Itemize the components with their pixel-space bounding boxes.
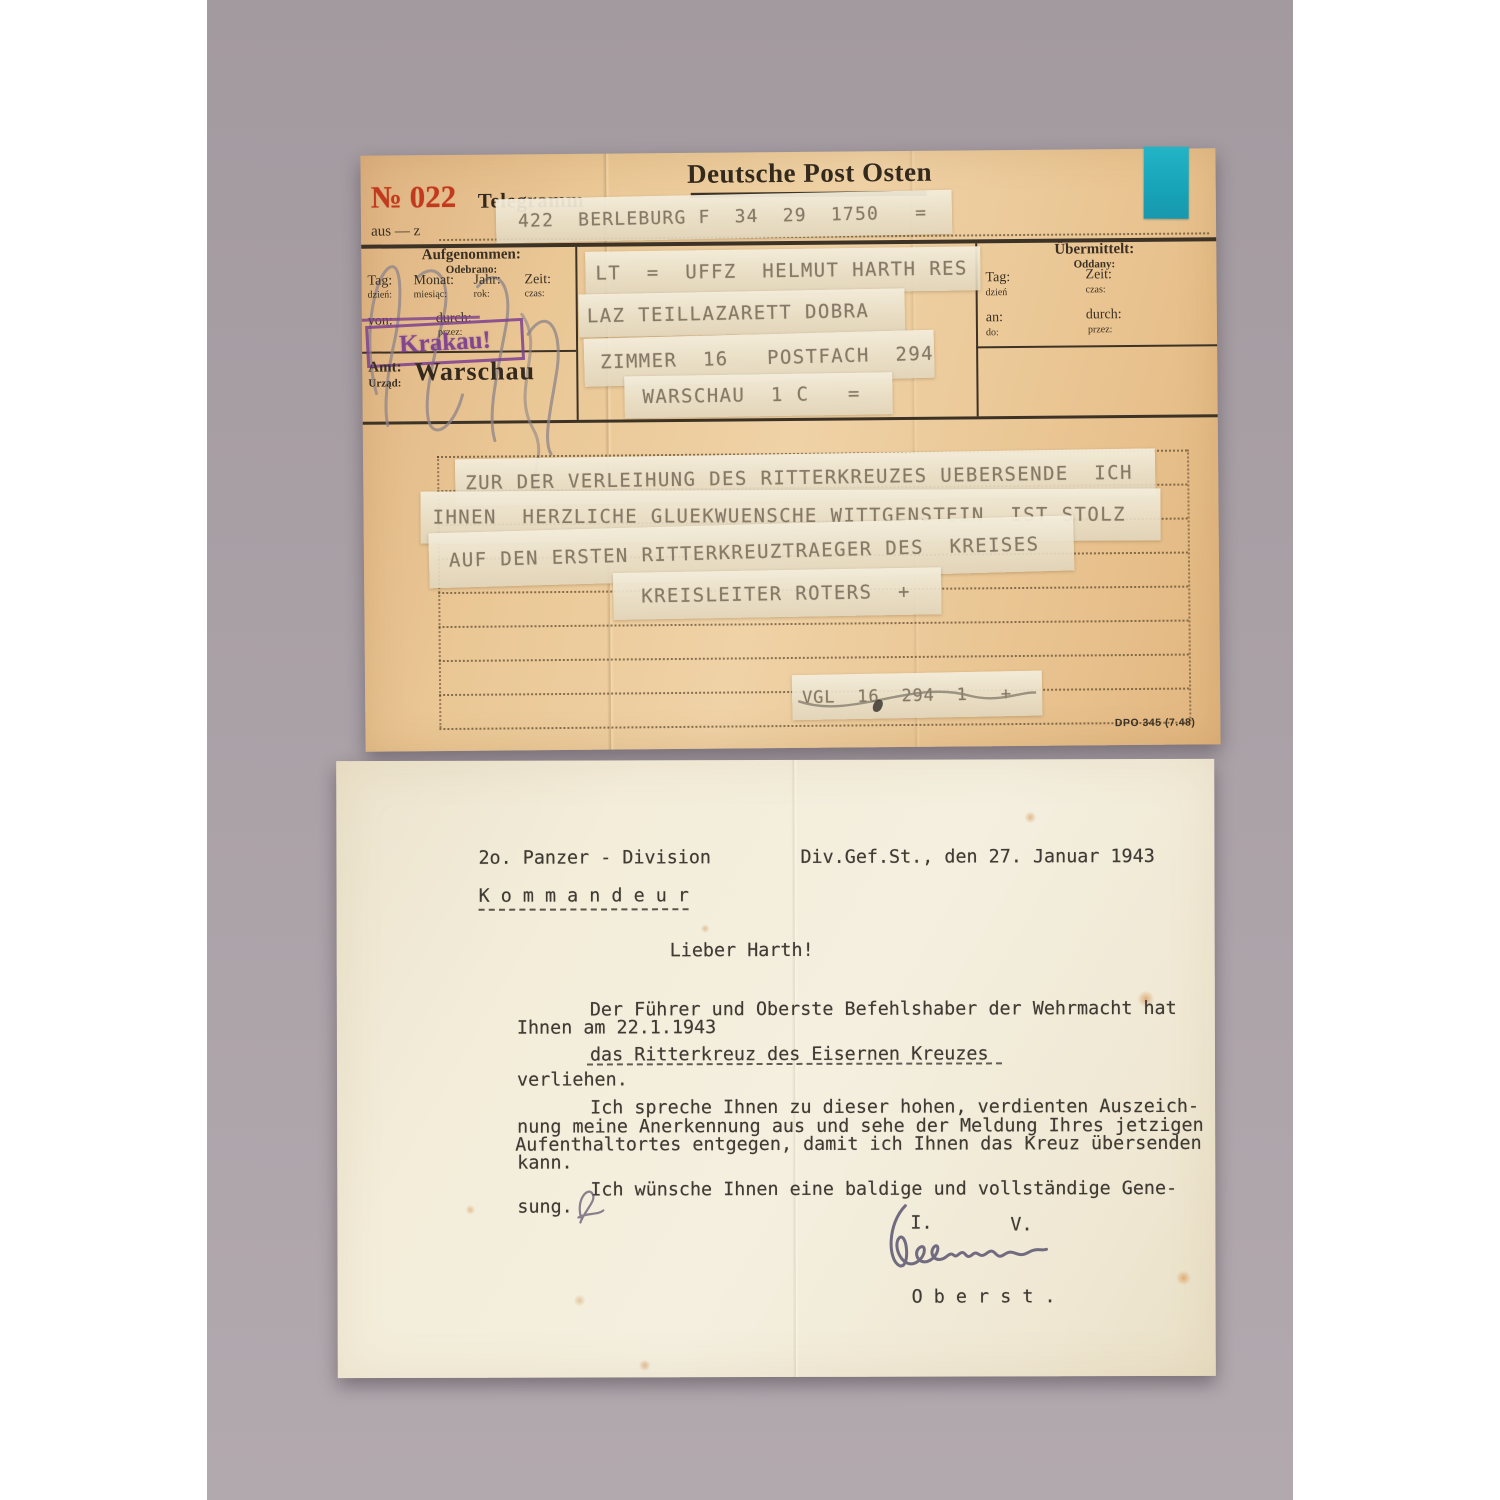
foxing-spot (638, 1360, 652, 1370)
message-tape-strip: KREISLEITER ROTERS + (613, 567, 942, 620)
aus-label: aus — z (371, 223, 420, 240)
telegram-number: № 022 (371, 179, 457, 216)
foxing-spot (465, 1205, 475, 1215)
letter-award-line: das Ritterkreuz des Eisernen Kreuzes (590, 1044, 989, 1064)
foxing-spot (1024, 811, 1036, 823)
address-tape-strip: LT = UFFZ HELMUT HARTH RES (585, 246, 981, 296)
miesiac-label: miesiąc: (414, 289, 447, 300)
right-col-rule (976, 344, 1217, 348)
czas-label: czas: (525, 288, 545, 299)
rok-label: rok: (474, 289, 490, 300)
address-tape-strip: LAZ TEILLAZARETT DOBRA (578, 288, 905, 337)
zeit-label: Zeit: (524, 272, 551, 288)
telegram-header: Deutsche Post Osten (683, 157, 935, 190)
message-ruled-line (439, 620, 1189, 629)
czas2-label: czas: (1086, 284, 1106, 295)
do-label: do: (986, 327, 999, 338)
jahr-label: Jahr: (473, 273, 500, 289)
aufgenommen-label: Aufgenommen: (401, 246, 541, 264)
letter-document: 2o. Panzer - Division Div.Gef.St., den 2… (336, 759, 1216, 1378)
letter-rank-line: O b e r s t . (912, 1287, 1056, 1306)
telegram-document: Deutsche Post Osten № 022 Telegramm aus … (360, 148, 1220, 751)
uebermittelt-label: Übermittelt: (1024, 241, 1164, 259)
letter-unit: 2o. Panzer - Division (478, 848, 711, 868)
address-line: LAZ TEILLAZARETT DOBRA (587, 299, 870, 326)
pencil-curve (792, 671, 1043, 721)
reference-tape-strip: VGL 16 294 1 + (792, 671, 1043, 721)
monat-label: Monat: (413, 273, 454, 289)
address-tape-strip: WARSCHAU 1 C = (624, 372, 893, 418)
address-line: ZIMMER 16 POSTFACH 294 (600, 343, 934, 374)
letter-commander-title: K o m m a n d e u r (479, 886, 689, 911)
tag2-label: Tag: (985, 270, 1010, 286)
dzien-label: dzień: (368, 289, 393, 300)
form-code: DPO 345 (7.48) (1065, 716, 1195, 729)
urzad-label: Urząd: (368, 377, 401, 389)
durch2-label: durch: (1086, 307, 1122, 323)
letter-salutation: Lieber Harth! (670, 941, 814, 960)
letter-body-line: verliehen. (517, 1070, 628, 1089)
foxing-spot (701, 924, 710, 933)
letter-body-line: Ihnen am 22.1.1943 (517, 1018, 716, 1038)
photo-of-documents: Deutsche Post Osten № 022 Telegramm aus … (0, 0, 1500, 1500)
letter-dateline: Div.Gef.St., den 27. Januar 1943 (800, 847, 1154, 867)
letter-body-line: sung. (517, 1198, 572, 1217)
letter-body-line: Aufenthaltortes entgegen, damit ich Ihne… (515, 1134, 1202, 1155)
message-ruled-line (439, 654, 1189, 663)
amt-value: Warschau (414, 356, 535, 387)
message-line: AUF DEN ERSTEN RITTERKREUZTRAEGER DES KR… (449, 533, 1040, 571)
signature (865, 1197, 1065, 1298)
an-label: an: (986, 310, 1003, 326)
letter-fold-crease (791, 760, 799, 1377)
zeit2-label: Zeit: (1085, 267, 1112, 283)
message-line: KREISLEITER ROTERS + (641, 580, 911, 607)
przez2-label: przez: (1088, 324, 1113, 335)
foxing-spot (1176, 1271, 1192, 1285)
address-line: WARSCHAU 1 C = (642, 383, 861, 408)
foxing-spot (574, 1294, 586, 1306)
cyan-tape (1144, 147, 1189, 219)
dzien2-label: dzień (986, 287, 1008, 298)
routing-text: 422 BERLEBURG F 34 29 1750 = (518, 202, 928, 232)
tag-label: Tag: (367, 273, 392, 289)
amt-label: Amt: (368, 359, 401, 376)
handwritten-mark (573, 1184, 607, 1226)
letter-body-line: Ich wünsche Ihnen eine baldige und volls… (590, 1179, 1177, 1200)
address-line: LT = UFFZ HELMUT HARTH RES (595, 257, 968, 284)
letter-body-line: kann. (517, 1154, 572, 1173)
